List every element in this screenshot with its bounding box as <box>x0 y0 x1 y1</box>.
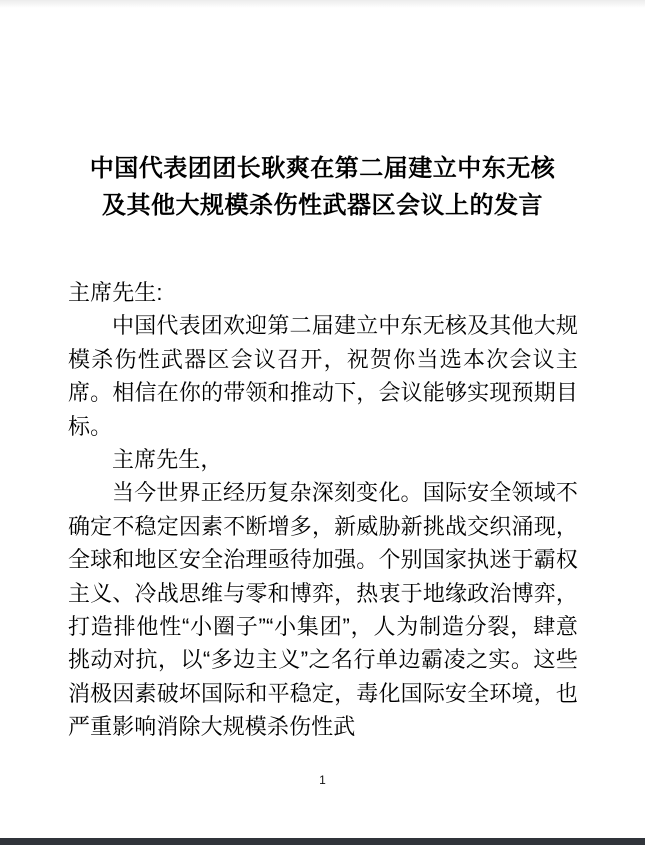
paragraph-world-security: 当今世界正经历复杂深刻变化。国际安全领域不确定不稳定因素不断增多，新威胁新挑战交… <box>68 476 578 743</box>
document-body: 主席先生: 中国代表团欢迎第二届建立中东无核及其他大规模杀伤性武器区会议召开，祝… <box>0 276 645 744</box>
paragraph-salutation: 主席先生: <box>68 276 578 309</box>
document-page: 中国代表团团长耿爽在第二届建立中东无核 及其他大规模杀伤性武器区会议上的发言 主… <box>0 0 645 845</box>
title-line-1: 中国代表团团长耿爽在第二届建立中东无核 <box>0 150 645 187</box>
title-line-2: 及其他大规模杀伤性武器区会议上的发言 <box>0 187 645 224</box>
page-number: 1 <box>0 773 645 787</box>
document-title: 中国代表团团长耿爽在第二届建立中东无核 及其他大规模杀伤性武器区会议上的发言 <box>0 0 645 224</box>
paragraph-salutation-2: 主席先生， <box>68 443 578 476</box>
bottom-bar <box>0 838 645 845</box>
paragraph-welcome: 中国代表团欢迎第二届建立中东无核及其他大规模杀伤性武器区会议召开，祝贺你当选本次… <box>68 309 578 443</box>
